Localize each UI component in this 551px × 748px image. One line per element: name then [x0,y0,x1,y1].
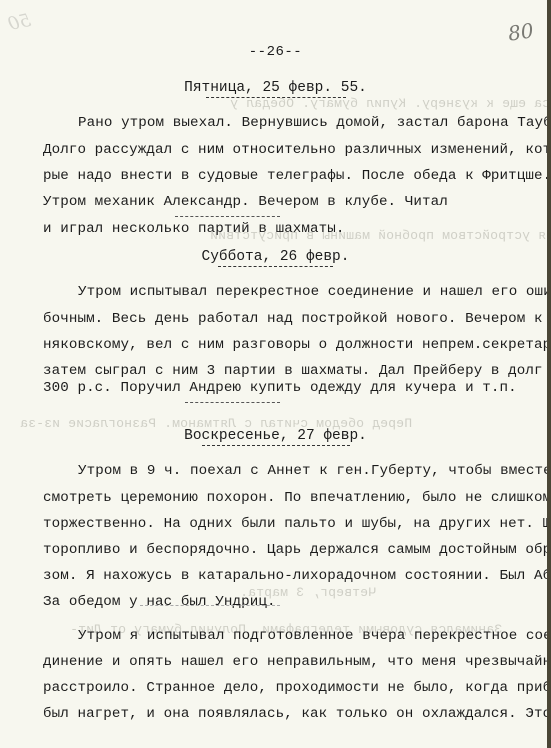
text-line: 300 р.с. Поручил Андрею купить одежду дл… [43,380,517,396]
text-line: За обедом у нас был Ундриц. [43,594,276,610]
text-line: смотреть церемонию похорон. По впечатлен… [43,490,551,506]
text-line: динение и опять нашел его неправильным, … [43,654,551,670]
text-line: зом. Я нахожусь в катарально-лихорадочно… [43,568,551,584]
text-line: Утром в 9 ч. поехал с Аннет к ген.Губерт… [78,463,551,479]
text-line: Утром механик Александр. Вечером в клубе… [43,194,448,210]
entry-heading: Воскресенье, 27 февр. [0,428,551,446]
document-page: Заехал у Майбомеса еще к кузнеру. Купил … [0,0,547,748]
entry-heading: Суббота, 26 февр. [0,249,551,267]
text-line: Утром испытывал перекрестное соединение … [78,284,551,300]
text-line: Долго рассуждал с ним относительно разли… [43,142,551,158]
text-line: расстроило. Странное дело, проходимости … [43,680,551,696]
entry-heading-text: Пятница, 25 февр. 55. [184,80,367,96]
text-line: был нагрет, и она появлялась, как только… [43,706,551,722]
bleed-through-text: Заехал у Майбомеса еще к кузнеру. Купил … [230,96,551,111]
page-number: --26-- [0,44,551,60]
text-line: рые надо внести в судовые телеграфы. Пос… [43,168,551,184]
entry-heading: Пятница, 25 февр. 55. [0,80,551,98]
text-line: и играл несколько партий в шахматы. [43,221,345,237]
text-line: торопливо и беспорядочно. Царь держался … [43,542,551,558]
entry-heading-text: Воскресенье, 27 февр. [184,428,367,444]
heading-underline [218,266,333,267]
heading-underline [206,97,346,98]
entry-heading-text: Суббота, 26 февр. [202,249,350,265]
text-line: торжественно. На одних были пальто и шуб… [43,516,551,532]
ghost-archive-number: 50 [6,10,33,35]
separator [140,605,280,606]
text-line: няковскому, вел с ним разговоры о должно… [43,337,551,353]
heading-underline [202,445,350,446]
separator [185,402,280,403]
text-line: бочным. Весь день работал над постройкой… [43,311,551,327]
text-line: затем сыграл с ним 3 партии в шахматы. Д… [43,363,551,379]
text-line: Рано утром выехал. Вернувшись домой, зас… [78,115,551,131]
separator [175,216,280,217]
handwritten-archive-number: 80 [506,18,535,45]
text-line: Утром я испытывал подготовленное вчера п… [78,628,551,644]
page-edge [547,0,551,748]
